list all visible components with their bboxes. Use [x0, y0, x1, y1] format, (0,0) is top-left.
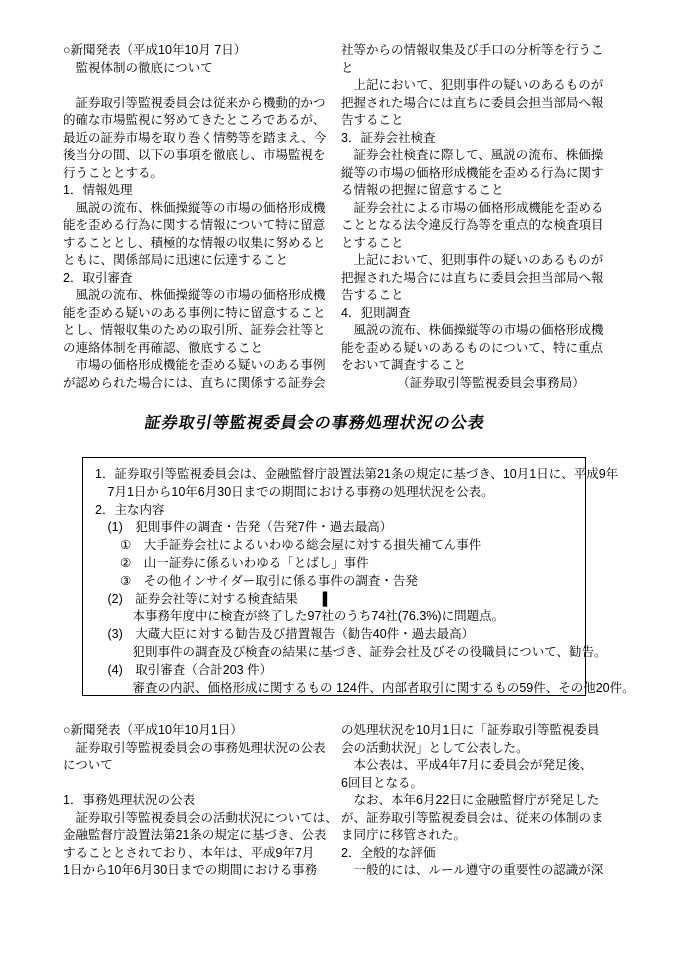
- top-article-right-column: 社等からの情報収集及び手口の分析等を行うこ と 上記において、犯則事件の疑いのあ…: [341, 42, 604, 392]
- summary-box: 1．証券取引等監視委員会は、金融監督庁設置法第21条の規定に基づき、10月1日に…: [82, 457, 586, 696]
- top-article-left-column: ○新聞発表（平成10年10月 7日） 監視体制の徹底について 証券取引等監視委員…: [63, 42, 326, 392]
- bottom-article-right-column: の処理状況を10月1日に「証券取引等監視委員 会の活動状況」として公表した。 本…: [341, 722, 604, 880]
- summary-box-text: 1．証券取引等監視委員会は、金融監督庁設置法第21条の規定に基づき、10月1日に…: [95, 466, 579, 697]
- document-page: ○新聞発表（平成10年10月 7日） 監視体制の徹底について 証券取引等監視委員…: [0, 0, 685, 980]
- announcement-title: 証券取引等監視委員会の事務処理状況の公表: [0, 410, 632, 433]
- bottom-article-left-column: ○新聞発表（平成10年10月1日） 証券取引等監視委員会の事務処理状況の公表 に…: [63, 722, 338, 880]
